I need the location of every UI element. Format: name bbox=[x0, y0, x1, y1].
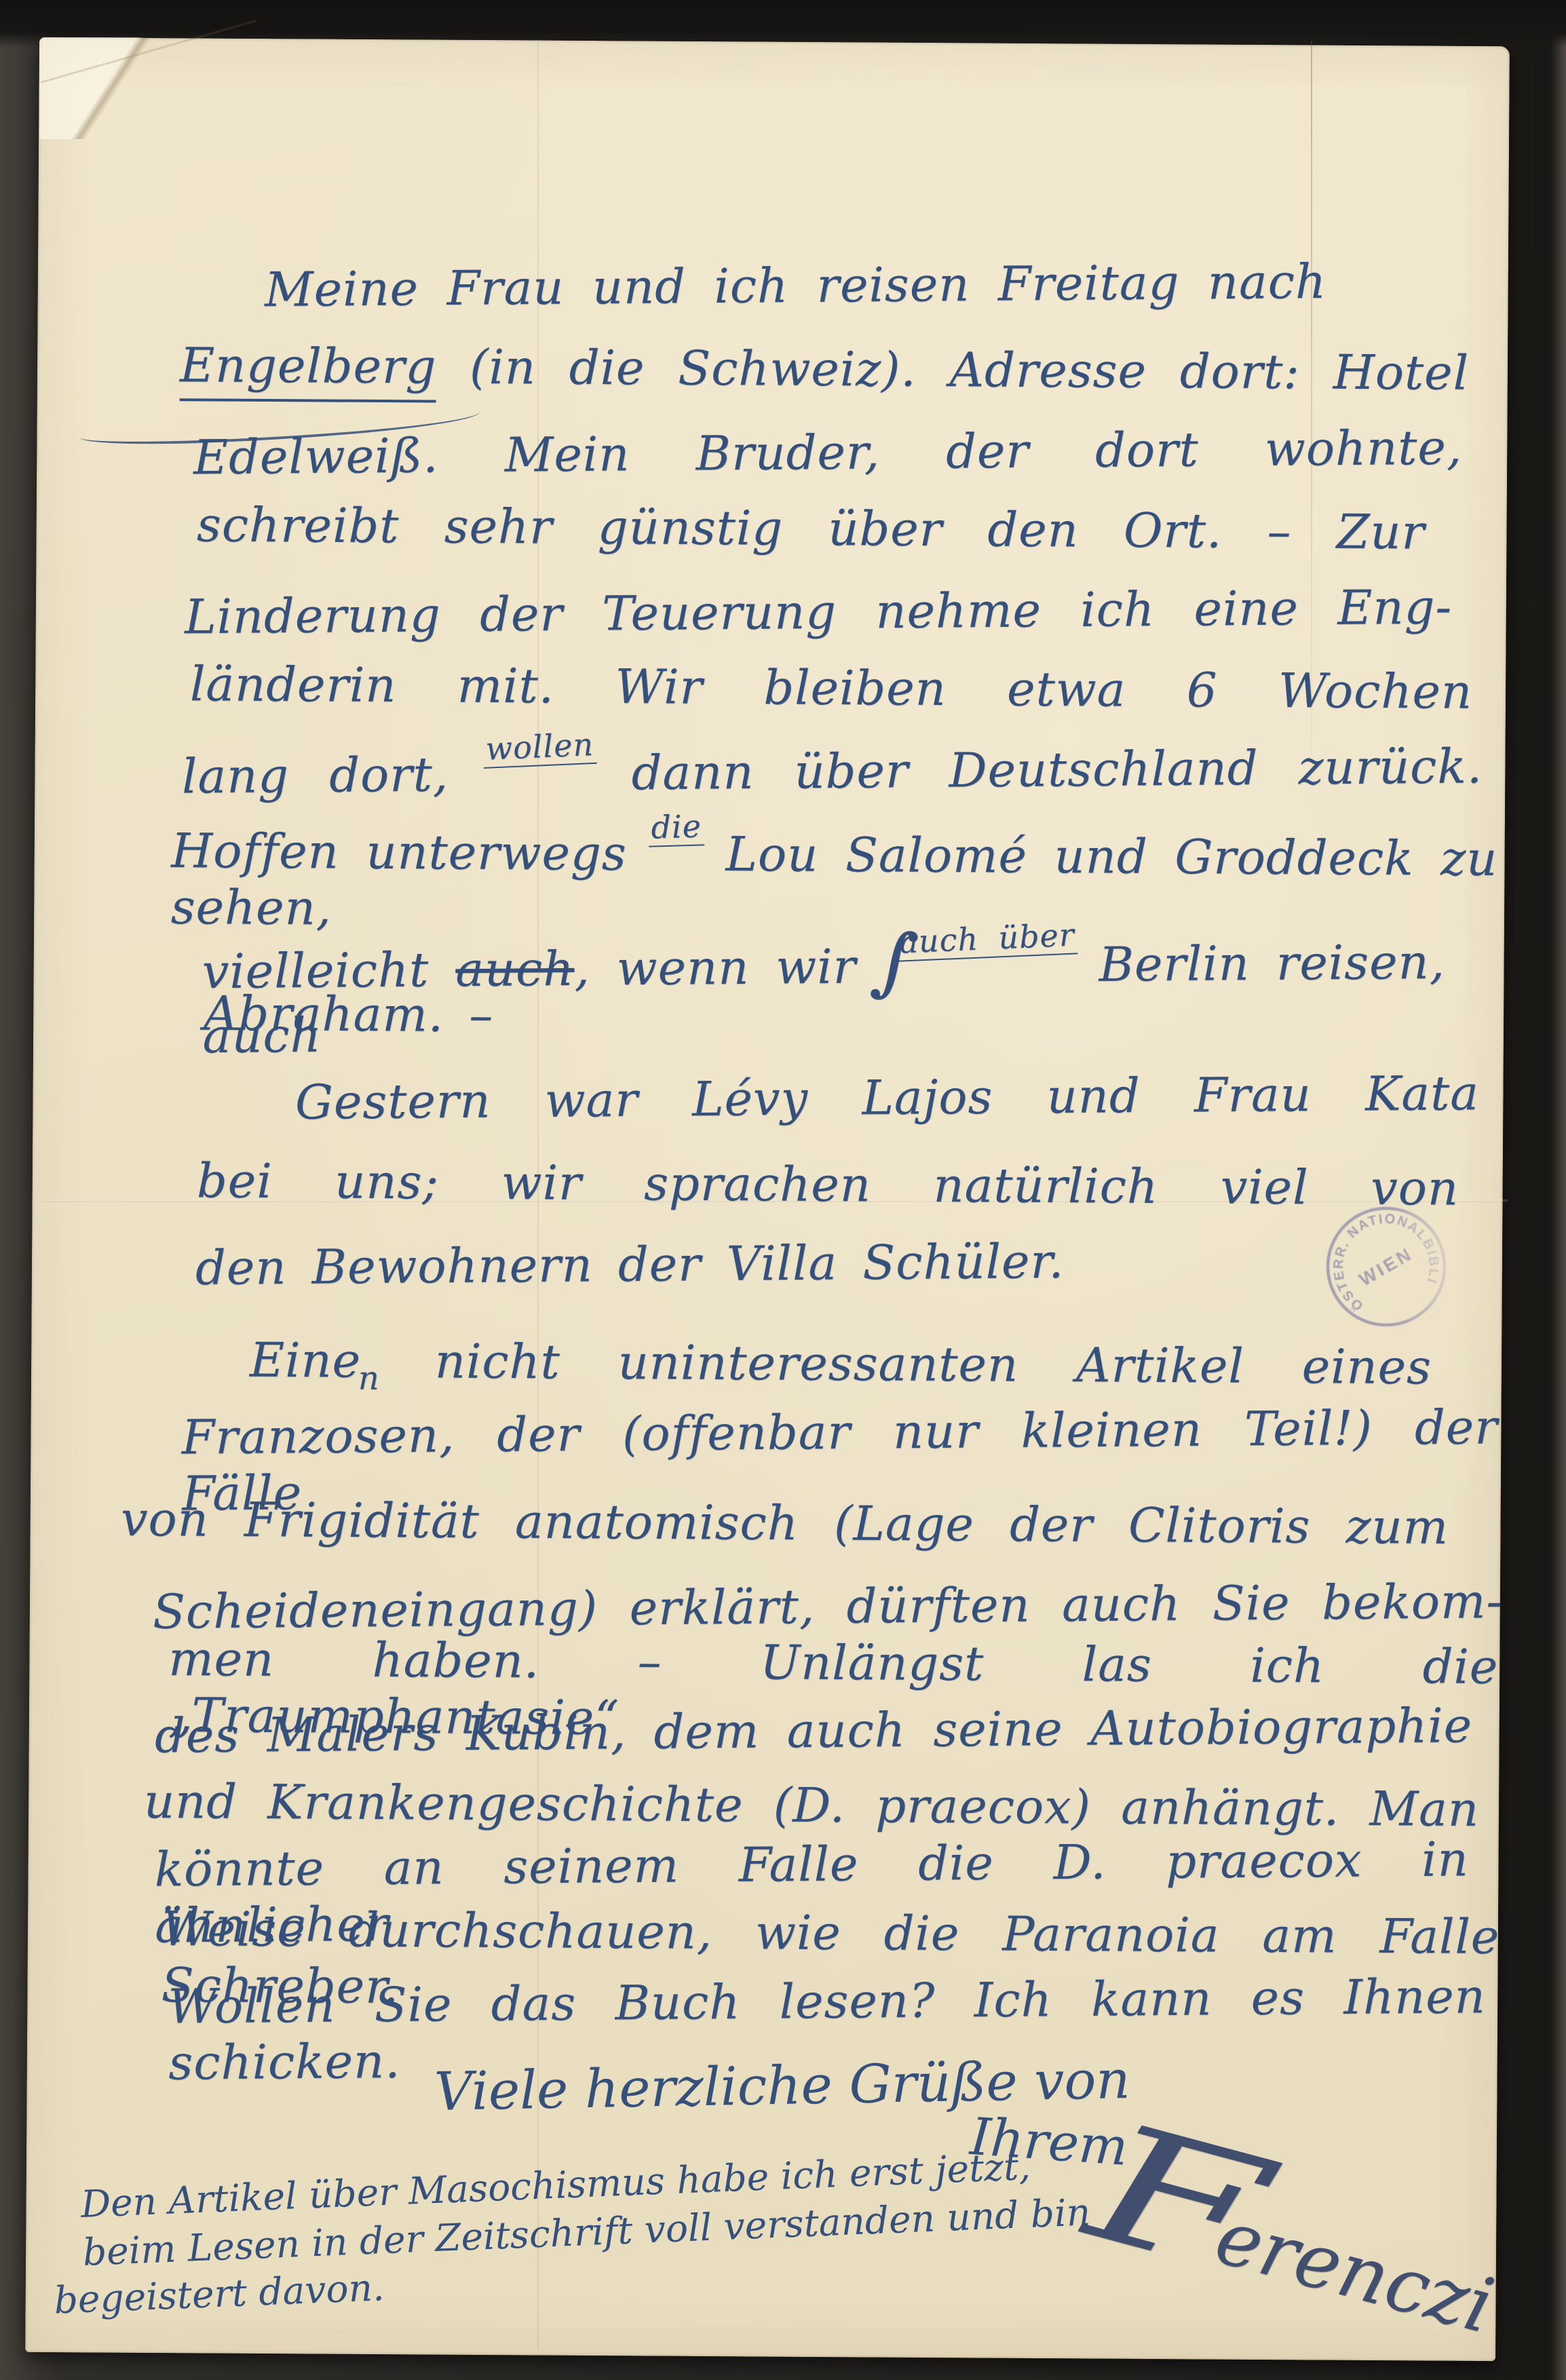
handwriting-segment: bei uns; wir sprachen natürlich viel von bbox=[197, 1153, 1459, 1216]
letter-line: des Malers Kubin, dem auch seine Autobio… bbox=[155, 1697, 1473, 1764]
handwriting-segment: Abraham. – bbox=[204, 986, 494, 1043]
letter-line: Einen nicht uninteressanten Artikel eine… bbox=[250, 1332, 1432, 1396]
handwriting-segment: Linderung der Teuerung nehme ich eine En… bbox=[185, 579, 1453, 645]
signature: Ferenczi bbox=[1102, 2107, 1518, 2351]
handwriting-segment: von Frigidität anatomisch (Lage der Clit… bbox=[121, 1491, 1449, 1555]
postscript: Den Artikel über Masochismus habe ich er… bbox=[80, 2145, 1093, 2318]
handwriting-segment: dann über Deutschland zurück. bbox=[591, 738, 1483, 801]
handwriting-segment: die bbox=[648, 807, 705, 847]
handwriting-segment: wollen bbox=[482, 726, 598, 769]
handwriting-segment: lang dort, bbox=[182, 746, 489, 805]
handwriting-segment: den Bewohnern der Villa Schüler. bbox=[195, 1233, 1065, 1296]
letter-line: und Krankengeschichte (D. praecox) anhän… bbox=[144, 1773, 1479, 1838]
handwriting-segment: Eine bbox=[250, 1332, 361, 1389]
letter-line: den Bewohnern der Villa Schüler. bbox=[195, 1233, 1065, 1297]
handwriting-segment: Scheideneingang) erklärt, dürften auch S… bbox=[153, 1573, 1504, 1640]
letter-line: Linderung der Teuerung nehme ich eine En… bbox=[185, 579, 1453, 645]
handwriting-segment: auch über bbox=[896, 916, 1079, 962]
handwriting-segment: Engelberg bbox=[180, 337, 437, 402]
letter-line: schreibt sehr günstig über den Ort. – Zu… bbox=[197, 497, 1425, 560]
handwriting-segment: länderin mit. Wir bleiben etwa 6 Wochen bbox=[190, 656, 1472, 720]
letter-line: Abraham. – bbox=[204, 986, 494, 1043]
stamp-center-text: WIEN bbox=[1356, 1243, 1417, 1290]
signature-initial: F bbox=[1077, 2107, 1278, 2292]
letter-line: Scheideneingang) erklärt, dürften auch S… bbox=[153, 1573, 1504, 1640]
letter-line: länderin mit. Wir bleiben etwa 6 Wochen bbox=[190, 656, 1472, 720]
letter-line: Meine Frau und ich reisen Freitag nach bbox=[265, 254, 1327, 318]
handwriting-segment: Meine Frau und ich reisen Freitag nach bbox=[265, 254, 1327, 318]
letter-line: lang dort, wollen dann über Deutschland … bbox=[182, 738, 1483, 805]
handwriting-segment: nicht uninteressanten Artikel eines bbox=[377, 1333, 1432, 1395]
letter-line: bei uns; wir sprachen natürlich viel von bbox=[197, 1153, 1459, 1216]
letter-line: Gestern war Lévy Lajos und Frau Kata bbox=[295, 1065, 1480, 1130]
handwriting-segment: Hoffen unterwegs bbox=[171, 823, 654, 881]
handwriting-segment: und Krankengeschichte (D. praecox) anhän… bbox=[144, 1773, 1479, 1837]
photographed-letter-page: Meine Frau und ich reisen Freitag nachEn… bbox=[0, 0, 1566, 2380]
handwriting-segment: , wenn wir bbox=[574, 938, 883, 997]
handwriting-segment: schreibt sehr günstig über den Ort. – Zu… bbox=[197, 497, 1425, 560]
handwriting-segment: des Malers Kubin, dem auch seine Autobio… bbox=[155, 1697, 1473, 1763]
letter-line: von Frigidität anatomisch (Lage der Clit… bbox=[121, 1491, 1449, 1556]
letter-line: Engelberg (in die Schweiz). Adresse dort… bbox=[180, 337, 1469, 401]
handwriting-layer: Meine Frau und ich reisen Freitag nachEn… bbox=[0, 0, 1566, 2380]
handwriting-segment: n bbox=[358, 1360, 380, 1398]
handwriting-segment: Gestern war Lévy Lajos und Frau Kata bbox=[295, 1065, 1480, 1130]
handwriting-segment: (in die Schweiz). Adresse dort: Hotel bbox=[436, 339, 1469, 401]
